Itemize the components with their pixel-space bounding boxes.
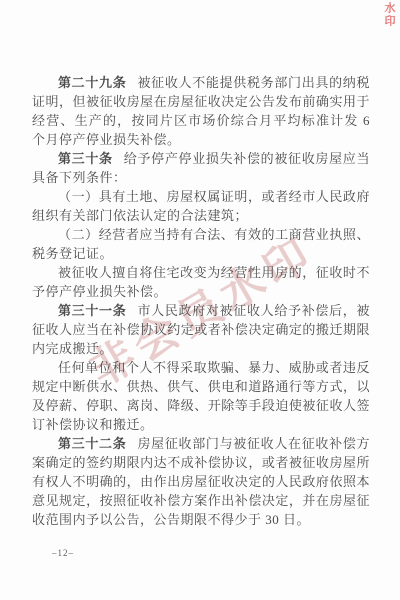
paragraph-text: （二）经营者应当持有合法、有效的工商营业执照、税务登记证。 bbox=[32, 227, 370, 261]
article-number: 第三十条 bbox=[58, 151, 113, 166]
paragraph-residence-clause: 被征收人擅自将住宅改变为经营性用房的，征收时不予停产停业损失补偿。 bbox=[32, 263, 370, 301]
paragraph-text: 被征收人擅自将住宅改变为经营性用房的，征收时不予停产停业损失补偿。 bbox=[32, 265, 370, 299]
paragraph-prohibition-clause: 任何单位和个人不得采取欺骗、暴力、威胁或者违反规定中断供水、供热、供气、供电和道… bbox=[32, 358, 370, 434]
article-number: 第三十二条 bbox=[58, 436, 126, 451]
article-number: 第三十一条 bbox=[58, 303, 126, 318]
paragraph-text: （一）具有土地、房屋权属证明，或者经市人民政府组织有关部门依法认定的合法建筑； bbox=[32, 189, 370, 223]
paragraph-article-30: 第三十条给予停产停业损失补偿的被征收房屋应当具备下列条件： bbox=[32, 149, 370, 187]
paragraph-article-32: 第三十二条房屋征收部门与被征收人在征收补偿方案确定的签约期限内达不成补偿协议，或… bbox=[32, 434, 370, 529]
page-number: –12– bbox=[52, 548, 74, 558]
paragraph-item-1: （一）具有土地、房屋权属证明，或者经市人民政府组织有关部门依法认定的合法建筑； bbox=[32, 187, 370, 225]
paragraph-item-2: （二）经营者应当持有合法、有效的工商营业执照、税务登记证。 bbox=[32, 225, 370, 263]
corner-watermark-fragment: 水印 bbox=[381, 2, 397, 28]
paragraph-article-31: 第三十一条市人民政府对被征收人给予补偿后，被征收人应当在补偿协议约定或者补偿决定… bbox=[32, 301, 370, 358]
paragraph-article-29: 第二十九条被征收人不能提供税务部门出具的纳税证明，但被征收房屋在房屋征收决定公告… bbox=[32, 73, 370, 149]
document-text-block: 第二十九条被征收人不能提供税务部门出具的纳税证明，但被征收房屋在房屋征收决定公告… bbox=[32, 73, 370, 529]
document-page: 非会员水印 水印 第二十九条被征收人不能提供税务部门出具的纳税证明，但被征收房屋… bbox=[0, 0, 400, 600]
article-number: 第二十九条 bbox=[58, 75, 126, 90]
paragraph-text: 任何单位和个人不得采取欺骗、暴力、威胁或者违反规定中断供水、供热、供气、供电和道… bbox=[32, 360, 370, 432]
